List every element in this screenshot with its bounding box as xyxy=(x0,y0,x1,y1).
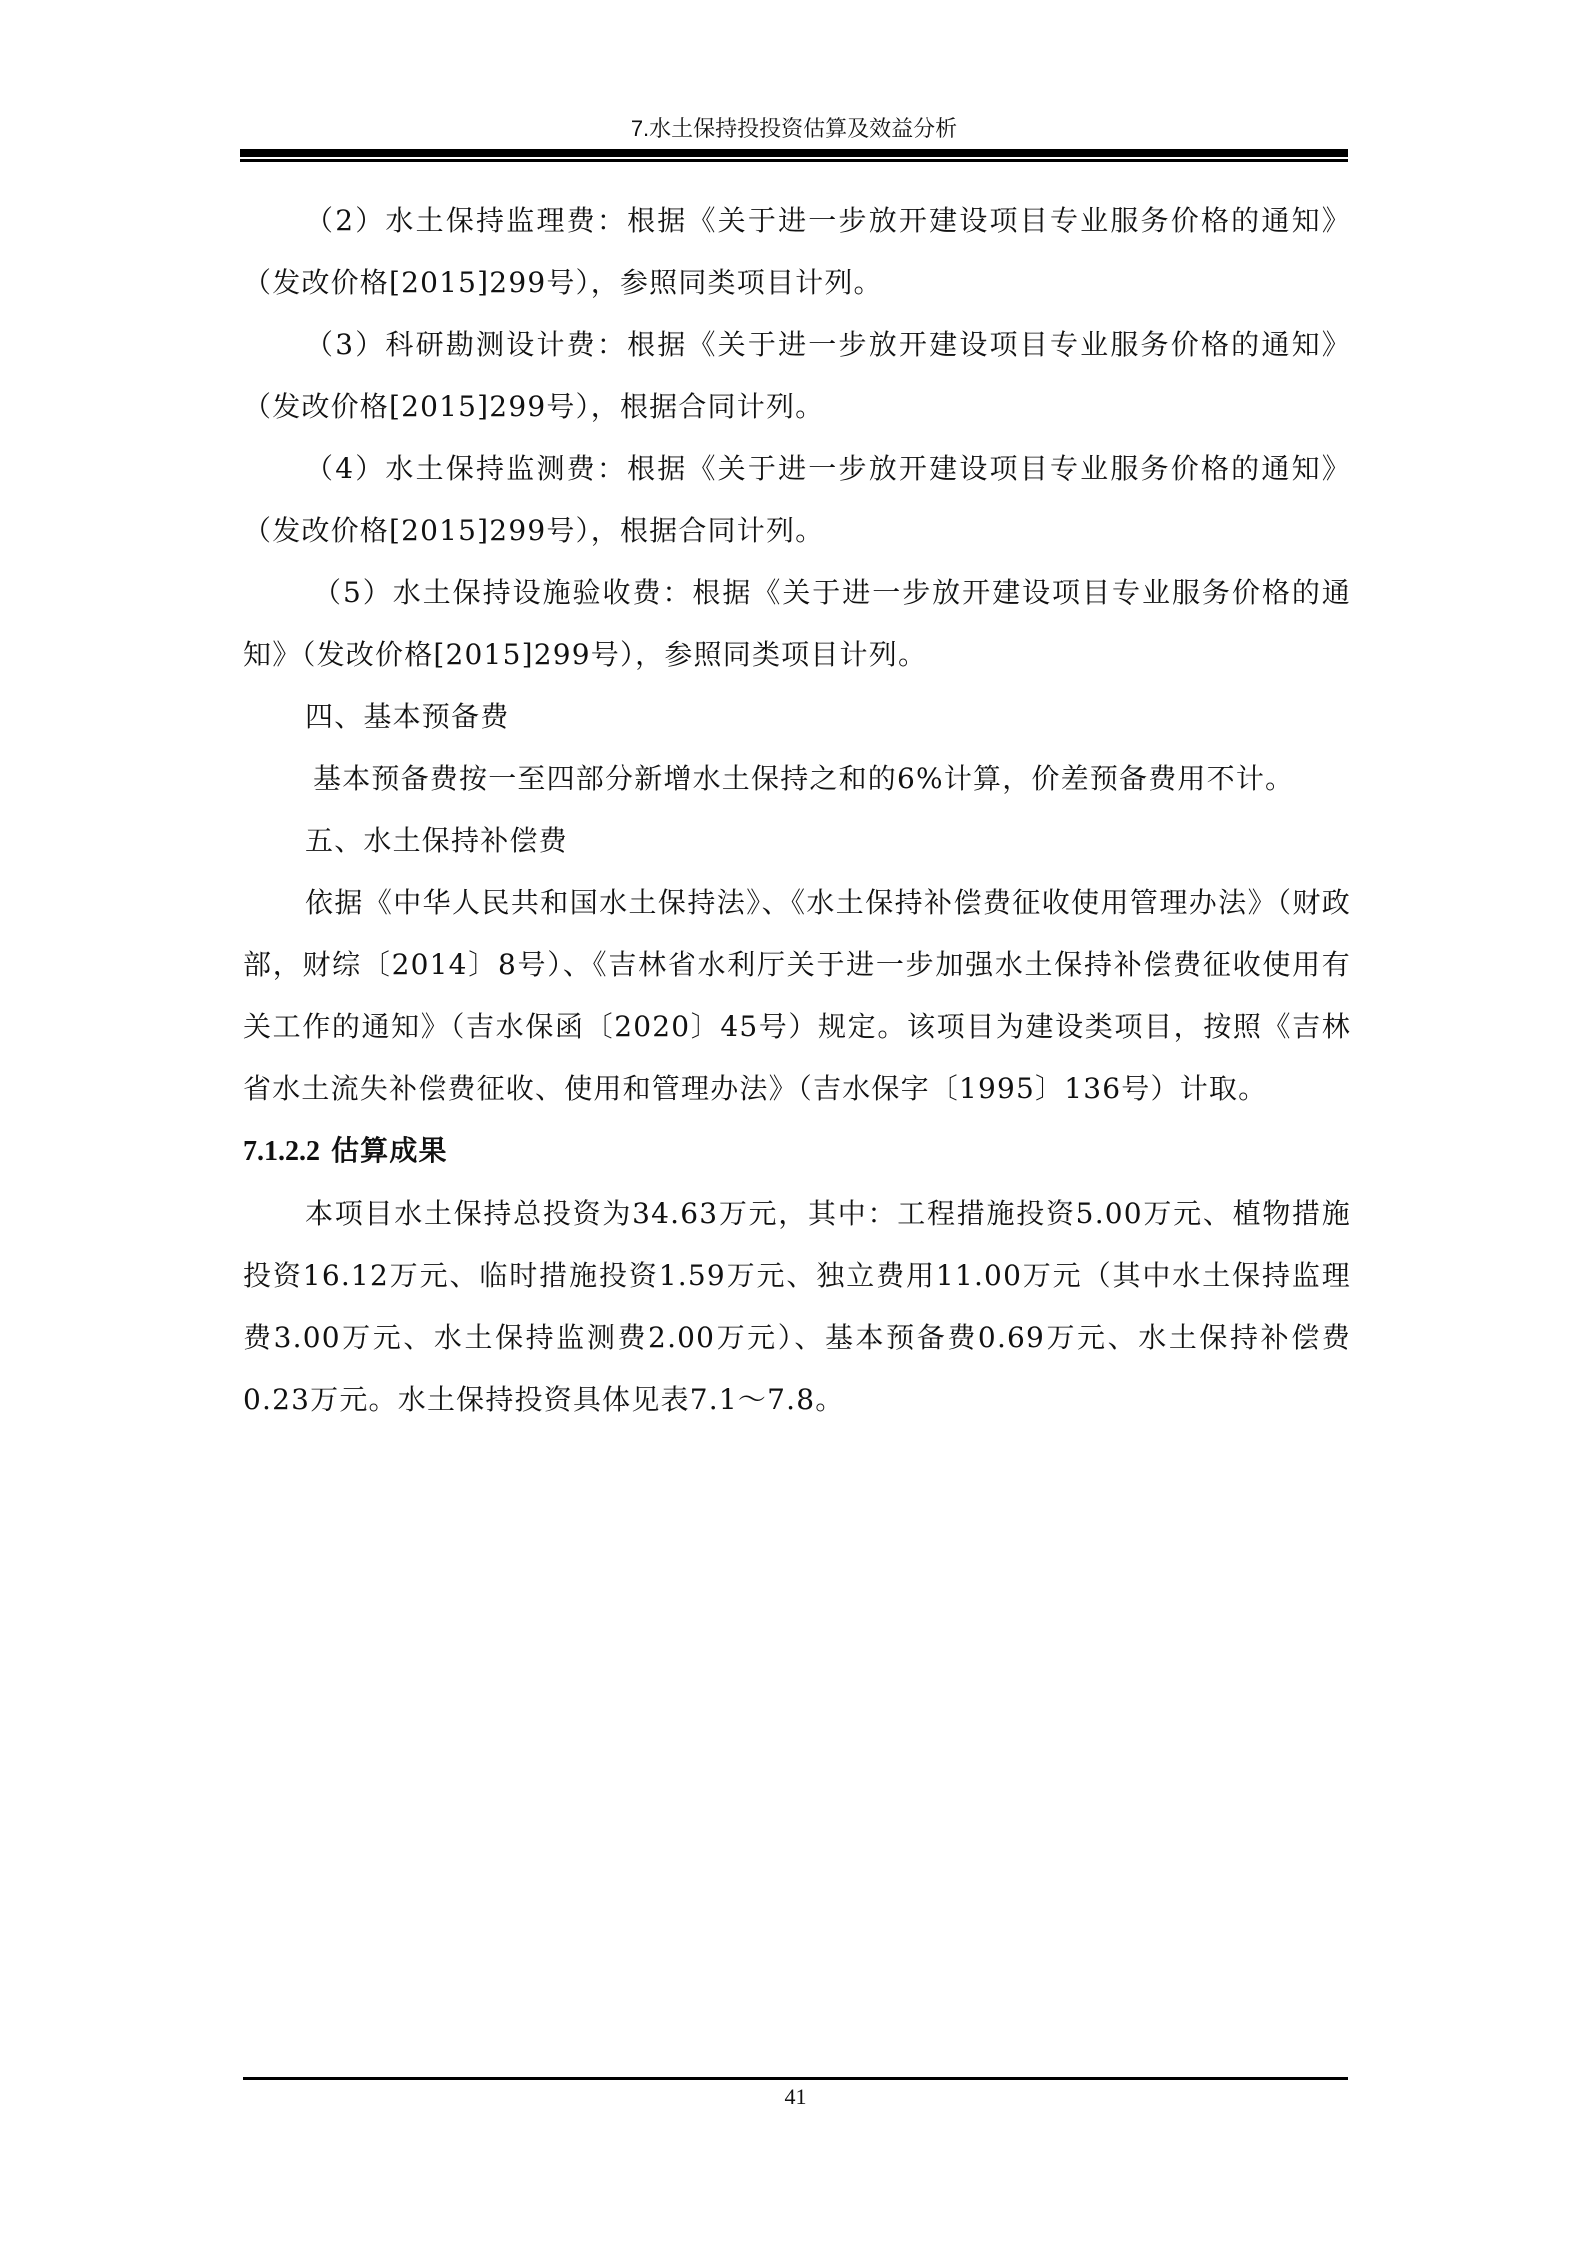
section-5-body: 依据《中华人民共和国水土保持法》、《水土保持补偿费征收使用管理办法》（财政部，财… xyxy=(243,872,1351,1120)
page-number: 41 xyxy=(243,2084,1348,2110)
subsection-number: 7.1.2.2 xyxy=(243,1136,320,1167)
running-header-title: 7.水土保持投投资估算及效益分析 xyxy=(240,112,1348,143)
section-4-body: 基本预备费按一至四部分新增水土保持之和的6%计算，价差预备费用不计。 xyxy=(243,748,1351,810)
paragraph-item-5: （5）水土保持设施验收费：根据《关于进一步放开建设项目专业服务价格的通知》（发改… xyxy=(243,562,1351,686)
header-rule-thin xyxy=(240,159,1348,162)
footer-rule xyxy=(243,2077,1348,2080)
body-text: （2）水土保持监理费：根据《关于进一步放开建设项目专业服务价格的通知》（发改价格… xyxy=(243,190,1351,1431)
section-4-title: 四、基本预备费 xyxy=(243,686,1351,748)
subsection-title: 估算成果 xyxy=(331,1134,448,1167)
paragraph-item-3: （3）科研勘测设计费：根据《关于进一步放开建设项目专业服务价格的通知》（发改价格… xyxy=(243,314,1351,438)
paragraph-item-4: （4）水土保持监测费：根据《关于进一步放开建设项目专业服务价格的通知》（发改价格… xyxy=(243,438,1351,562)
document-page: 7.水土保持投投资估算及效益分析 （2）水土保持监理费：根据《关于进一步放开建设… xyxy=(0,0,1587,2245)
subsection-heading: 7.1.2.2 估算成果 xyxy=(243,1120,1351,1183)
section-5-title: 五、水土保持补偿费 xyxy=(243,810,1351,872)
paragraph-item-2: （2）水土保持监理费：根据《关于进一步放开建设项目专业服务价格的通知》（发改价格… xyxy=(243,190,1351,314)
result-paragraph: 本项目水土保持总投资为34.63万元，其中：工程措施投资5.00万元、植物措施投… xyxy=(243,1183,1351,1431)
header-rule-thick xyxy=(240,149,1348,157)
